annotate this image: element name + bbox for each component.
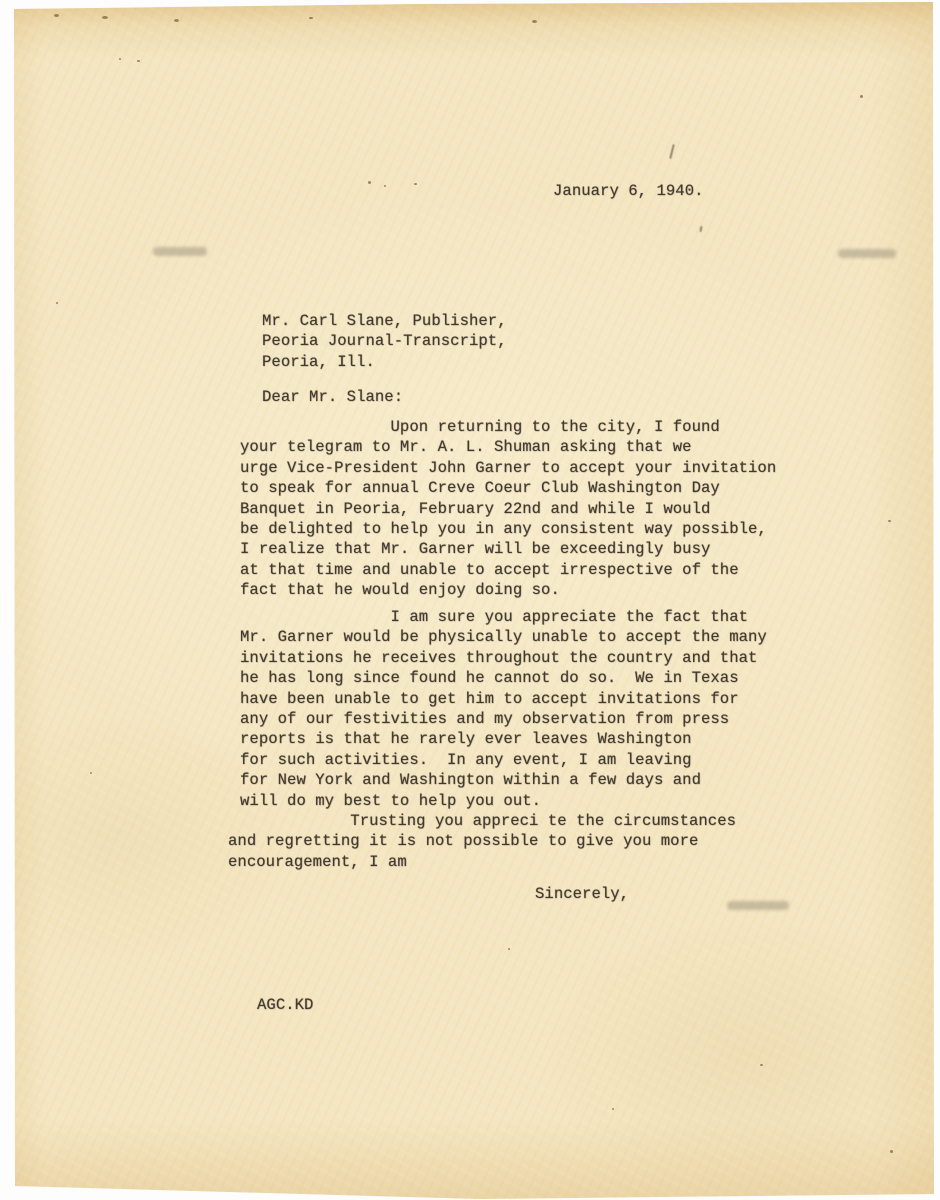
ghost-text-smudge: [727, 901, 789, 910]
paper-speck: [56, 302, 58, 304]
body-paragraph-3: Trusting you appreci te the circumstance…: [228, 811, 736, 872]
paper-speck: [890, 1150, 893, 1153]
paper-speck: [119, 58, 121, 60]
letter-paper: January 6, 1940. Mr. Carl Slane, Publish…: [0, 0, 940, 1200]
paper-speck: [508, 948, 510, 950]
paper-speck: [174, 19, 179, 22]
paper-speck: [760, 1064, 763, 1066]
paper-speck: [860, 95, 863, 98]
paper-speck: [612, 1108, 614, 1110]
ghost-text-smudge: [838, 249, 896, 258]
paper-speck: [137, 60, 140, 62]
paper-speck: [532, 20, 537, 23]
body-paragraph-1: Upon returning to the city, I found your…: [240, 417, 776, 601]
paper-speck: [384, 185, 386, 187]
salutation-line: Dear Mr. Slane:: [262, 387, 403, 407]
recipient-address-block: Mr. Carl Slane, Publisher, Peoria Journa…: [262, 311, 507, 372]
closing-line: Sincerely,: [535, 884, 629, 904]
paper-speck: [888, 520, 891, 522]
body-paragraph-2: I am sure you appreciate the fact that M…: [240, 607, 767, 811]
paper-speck: [414, 183, 417, 185]
typist-initials: AGC.KD: [257, 995, 313, 1015]
paper-speck: [102, 16, 108, 19]
letter-date: January 6, 1940.: [553, 181, 704, 201]
paper-speck: [368, 181, 371, 184]
paper-speck: [309, 17, 313, 19]
ghost-text-smudge: [153, 247, 207, 256]
paper-speck: [54, 14, 59, 17]
paper-speck: [90, 772, 92, 774]
